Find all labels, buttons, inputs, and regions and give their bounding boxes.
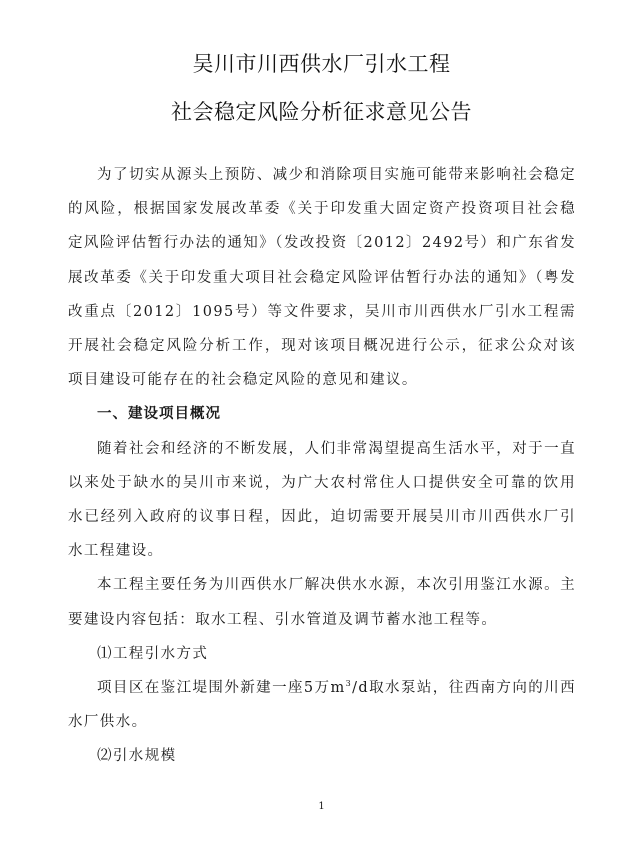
diversion-text-before: 项目区在鉴江堤围外新建一座5万m (97, 680, 346, 696)
document-title-line2: 社会稳定风险分析征求意见公告 (0, 96, 643, 126)
section-heading-project-overview: 一、建设项目概况 (68, 397, 576, 431)
page-number: 1 (0, 801, 643, 812)
intro-paragraph: 为了切实从源头上预防、减少和消除项目实施可能带来影响社会稳定的风险，根据国家发展… (68, 158, 576, 397)
document-body: 为了切实从源头上预防、减少和消除项目实施可能带来影响社会稳定的风险，根据国家发展… (68, 158, 576, 774)
diversion-method-paragraph: 项目区在鉴江堤围外新建一座5万m3/d取水泵站，往西南方向的川西水厂供水。 (68, 671, 576, 739)
document-page: 吴川市川西供水厂引水工程 社会稳定风险分析征求意见公告 为了切实从源头上预防、减… (0, 0, 643, 856)
overview-paragraph-1: 随着社会和经济的不断发展，人们非常渴望提高生活水平，对于一直以来处于缺水的吴川市… (68, 432, 576, 569)
document-title-line1: 吴川市川西供水厂引水工程 (0, 48, 643, 78)
subsection-heading-diversion-scale: ⑵引水规模 (68, 739, 576, 773)
overview-paragraph-2: 本工程主要任务为川西供水厂解决供水水源，本次引用鉴江水源。主要建设内容包括：取水… (68, 568, 576, 636)
subsection-heading-diversion-method: ⑴工程引水方式 (68, 637, 576, 671)
